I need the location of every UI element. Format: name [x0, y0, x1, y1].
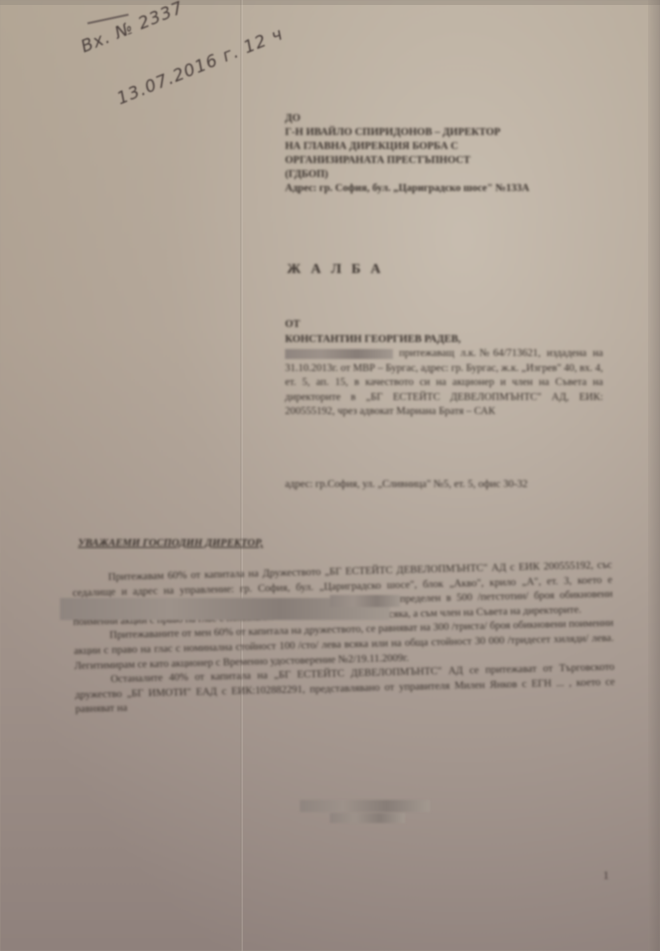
redacted-block-3: [300, 800, 430, 812]
addressee-address: Адрес: гр. София, бул. „Цариградско шосе…: [285, 182, 603, 196]
addressee-line-4: (ГДБОП): [285, 168, 603, 182]
addressee-block: ДО Г-Н ИВАЙЛО СПИРИДОНОВ – ДИРЕКТОР НА Г…: [285, 112, 603, 196]
addressee-line-1: Г-Н ИВАЙЛО СПИРИДОНОВ – ДИРЕКТОР: [285, 126, 603, 140]
addressee-to: ДО: [285, 112, 603, 126]
redacted-block-2: [330, 595, 400, 607]
addressee-line-3: ОРГАНИЗИРАНАТА ПРЕСТЪПНОСТ: [285, 154, 603, 168]
redacted-id: [285, 349, 393, 359]
sender-name: КОНСТАНТИН ГЕОРГИЕВ РАДЕВ,: [285, 333, 603, 348]
page-number: 1: [603, 868, 609, 883]
sender-details: притежаващ л.к.№64/713621, издадена на 3…: [285, 347, 603, 420]
salutation: УВАЖАЕМИ ГОСПОДИН ДИРЕКТОР,: [78, 538, 263, 549]
sender-from: ОТ: [285, 318, 603, 333]
sender-block: ОТ КОНСТАНТИН ГЕОРГИЕВ РАДЕВ, притежаващ…: [285, 318, 603, 420]
sender-address: адрес: гр.София, ул. „Сливница" №5, ет. …: [285, 478, 603, 493]
addressee-line-2: НА ГЛАВНА ДИРЕКЦИЯ БОРБА С: [285, 140, 603, 154]
body-text: Притежавам 60% от капитала на Дружествот…: [72, 559, 615, 718]
document-title: ЖАЛБА: [287, 262, 391, 278]
document-text: ДО Г-Н ИВАЙЛО СПИРИДОНОВ – ДИРЕКТОР НА Г…: [0, 0, 660, 951]
redacted-block-4: [330, 813, 405, 823]
